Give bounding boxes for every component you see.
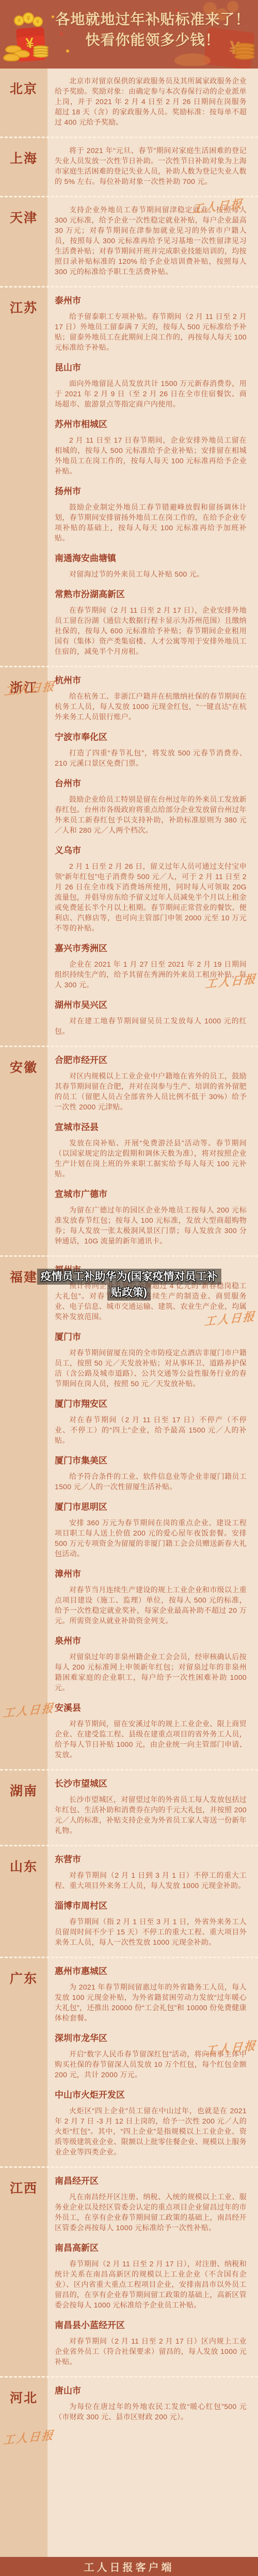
city-item: 杭州市给在杭务工、非浙江户籍并在杭缴纳社保的春节期间在杭务工人员，每人发放 10…: [55, 675, 247, 722]
city-item: 昆山市面向外地留昆人员发放共计 1500 万元新春消费券，用于 2021 年 2…: [55, 362, 247, 409]
city-item: 常熟市汾湖高新区在春节期间（2 月 11 日至 2 月 17 日），企业安排外地…: [55, 588, 247, 656]
province-section: 河北唐山市为每位在唐过年的外地农民工发放“暖心红包”500 元（市财政 300 …: [0, 2378, 258, 2431]
province-label: 北京: [0, 69, 47, 137]
gold-coin-icon: [23, 12, 34, 24]
city-item: 南昌县小蓝经开区对春节期间（2 月 11 日至 2 月 17 日）区内规上工业企…: [55, 2319, 247, 2367]
city-item: 将于 2021 年“元旦、春节”期间对家庭生活困难的登记失业人员发放一次性节日补…: [55, 145, 247, 187]
city-item: 安溪县对春节期间，留在安溪过年的规上工业企业、限上商贸企业、在建受监工程、县级在…: [55, 1702, 247, 1760]
city-item: 南通海安曲塘镇对留海过节的外来员工每人补贴 500 元。: [55, 552, 247, 579]
city-heading: 杭州市: [55, 675, 247, 686]
city-item: 厦门市翔安区对在春节期间（2 月 11 日至 17 日）不停产（不停业、不停工）…: [55, 1398, 247, 1445]
policy-paragraph: 对在建工地春节期间留吴员工发放每人 1000 元的红包。: [55, 1016, 247, 1036]
province-section: 江苏泰州市给予留泰职工专项补贴。春节期间（2 月 11 日至 2 月 17 日）…: [0, 288, 258, 666]
policy-paragraph: 企业在 2021 年 1 月 27 日至 2021 年 2 月 19 日期间组织…: [55, 959, 247, 990]
policy-paragraph: 为 2021 年春节期间留惠过年的外省籍务工人员，每人发放 100 元现金补贴，…: [55, 1982, 247, 2023]
province-label: 上海: [0, 138, 47, 196]
city-heading: 唐山市: [55, 2385, 247, 2397]
province-label: 江西: [0, 2168, 47, 2376]
content: 北京北京市对留京保供的家政服务员及其所属家政服务企业给予奖励。奖励对象：由确定参…: [0, 69, 258, 2557]
province-body: 将于 2021 年“元旦、春节”期间对家庭生活困难的登记失业人员发放一次性节日补…: [47, 138, 258, 196]
province-body: 唐山市为每位在唐过年的外地农民工发放“暖心红包”500 元（市财政 300 元、…: [47, 2378, 258, 2431]
city-item: 厦门市集美区给予符合条件的工业、软件信息业等企业非厦门籍员工 1500 元／人的…: [55, 1455, 247, 1492]
city-heading: 宣城市泾县: [55, 1121, 247, 1133]
city-heading: 嘉兴市秀洲区: [55, 942, 247, 954]
province-label: 福建: [0, 1257, 47, 1769]
province-body: 长沙市望城区长沙市望城区，对留望过年的外省员工每人发放包括过年红包、生活补助和消…: [47, 1771, 258, 1845]
province-label: 湖南: [0, 1771, 47, 1845]
footer-bar: 工人日报客户端: [0, 2557, 258, 2576]
city-heading: 扬州市: [55, 485, 247, 497]
city-heading: 南通海安曲塘镇: [55, 552, 247, 564]
policy-paragraph: 北京市对留京保供的家政服务员及其所属家政服务企业给予奖励。奖励对象：由确定参与本…: [55, 76, 247, 127]
city-item: 长沙市望城区长沙市望城区，对留望过年的外省员工每人发放包括过年红包、生活补助和消…: [55, 1778, 247, 1836]
city-item: 福州市预计将向企业发放总金额超过 4 亿元的“新春稳岗稳工大礼包”。对春节期间保…: [55, 1264, 247, 1322]
city-heading: 泰州市: [55, 295, 247, 307]
policy-paragraph: 为留在广德过年的园区企业外地员工按每人 200 元标准发放春节红包；按每人 10…: [55, 1205, 247, 1246]
gold-coin-icon: [33, 16, 43, 27]
province-body: 支持企业外地员工春节期间留津稳定就业。按照每人 300 元标准，给予企业一次性稳…: [47, 197, 258, 286]
province-body: 北京市对留京保供的家政服务员及其所属家政服务企业给予奖励。奖励对象：由确定参与本…: [47, 69, 258, 137]
city-item: 泰州市给予留泰职工专项补贴。春节期间（2 月 11 日至 2 月 17 日）外地…: [55, 295, 247, 352]
city-heading: 惠州市惠城区: [55, 1965, 247, 1977]
policy-paragraph: 对春节期间（2 月 11 日至 2 月 17 日）区内规上工业企业省外员工（符合…: [55, 2336, 247, 2367]
city-heading: 东营市: [55, 1854, 247, 1865]
province-section: 天津支持企业外地员工春节期间留津稳定就业。按照每人 300 元标准，给予企业一次…: [0, 197, 258, 286]
policy-paragraph: 凡在南昌经开区注册、纳税、入统的规模以上工业、服务业企业以及经区管委会认定的重点…: [55, 2192, 247, 2233]
city-item: 中山市火炬开发区火炬区“四上企业”员工留在中山过年，也就是在 2021 年 2 …: [55, 2089, 247, 2157]
city-item: 淄博市周村区春节期间（指 2 月 1 日至 3 月 1 日，外省外来务工人员留周…: [55, 1900, 247, 1947]
province-body: 福州市预计将向企业发放总金额超过 4 亿元的“新春稳岗稳工大礼包”。对春节期间保…: [47, 1257, 258, 1769]
province-label: 浙江: [0, 667, 47, 1046]
city-heading: 南昌县小蓝经开区: [55, 2319, 247, 2331]
policy-paragraph: 安排 360 万元为春节期间在岗的重点企业、建设工程项目职工每人送上价值 200…: [55, 1518, 247, 1559]
gold-ingot-icon: [13, 50, 30, 58]
city-item: 厦门市思明区安排 360 万元为春节期间在岗的重点企业、建设工程项目职工每人送上…: [55, 1501, 247, 1559]
city-heading: 泉州市: [55, 1635, 247, 1647]
province-body: 泰州市给予留泰职工专项补贴。春节期间（2 月 11 日至 2 月 17 日）外地…: [47, 288, 258, 666]
policy-paragraph: 给予留泰职工专项补贴。春节期间（2 月 11 日至 2 月 17 日）外地员工留…: [55, 311, 247, 352]
city-heading: 厦门市翔安区: [55, 1398, 247, 1410]
policy-paragraph: 支持企业外地员工春节期间留津稳定就业。按照每人 300 元标准，给予企业一次性稳…: [55, 205, 247, 277]
red-envelope-icon: [16, 27, 46, 62]
policy-paragraph: 2 月 1 日至 2 月 26 日，留义过年人员可通过支付宝申领“新年红包”电子…: [55, 861, 247, 933]
province-section: 福建福州市预计将向企业发放总金额超过 4 亿元的“新春稳岗稳工大礼包”。对春节期…: [0, 1257, 258, 1769]
province-body: 杭州市给在杭务工、非浙江户籍并在杭缴纳社保的春节期间在杭务工人员，每人发放 10…: [47, 667, 258, 1046]
city-item: 泉州市对留泉过年的非泉州籍企业工会会员，经审核确认后按每人 200 元标准网上申…: [55, 1635, 247, 1693]
policy-paragraph: 春节期间（指 2 月 1 日至 3 月 1 日，外省外来务工人员留周时间不少于 …: [55, 1916, 247, 1947]
policy-paragraph: 对春节期间留厦在岗的全市防疫定点酒店非厦门市户籍员工，按照 50 元／天发放补贴…: [55, 1348, 247, 1389]
city-item: 南昌经开区凡在南昌经开区注册、纳税、入统的规模以上工业、服务业企业以及经区管委会…: [55, 2175, 247, 2233]
city-heading: 淄博市周村区: [55, 1900, 247, 1912]
policy-paragraph: 鼓励企业给员工特别是留在台州过年的外来员工发放新春红包。台州市各级政府将重点给部…: [55, 794, 247, 835]
gold-ingot-icon: [3, 54, 20, 61]
province-body: 东营市对春节期间（2 月 1 日到 3 月 1 日）不停工的重大工程、重大项目外…: [47, 1846, 258, 1957]
city-item: 支持企业外地员工春节期间留津稳定就业。按照每人 300 元标准，给予企业一次性稳…: [55, 205, 247, 277]
city-item: 东营市对春节期间（2 月 1 日到 3 月 1 日）不停工的重大工程、重大项目外…: [55, 1854, 247, 1891]
city-heading: 台州市: [55, 778, 247, 789]
policy-paragraph: 2 月 11 日至 17 日春节期间，企业安排外地员工留在相城的，按每人 500…: [55, 435, 247, 476]
city-item: 湖州市吴兴区对在建工地春节期间留吴员工发放每人 1000 元的红包。: [55, 999, 247, 1036]
city-item: 漳州市对春节当月连续生产建设的规上工业企业和市级以上重点项目建设（施工、监理）单…: [55, 1568, 247, 1626]
province-section: 江西南昌经开区凡在南昌经开区注册、纳税、入统的规模以上工业、服务业企业以及经区管…: [0, 2168, 258, 2376]
province-label: 山东: [0, 1846, 47, 1957]
city-heading: 长沙市望城区: [55, 1778, 247, 1790]
province-section: 北京北京市对留京保供的家政服务员及其所属家政服务企业给予奖励。奖励对象：由确定参…: [0, 69, 258, 137]
policy-paragraph: 打造了四重“春节礼包”，将发放 500 元春节消费券、210 元溪口景区免费门票…: [55, 748, 247, 768]
policy-paragraph: 春节期间（2 月 11 日至 2 月 17 日），对注册、纳税和统计关系在南昌高…: [55, 2259, 247, 2310]
footer-label: 工人日报客户端: [84, 2559, 174, 2574]
policy-paragraph: 给在杭务工、非浙江户籍并在杭缴纳社保的春节期间在杭务工人员，每人发放 1000 …: [55, 691, 247, 722]
city-heading: 常熟市汾湖高新区: [55, 588, 247, 600]
city-item: 唐山市为每位在唐过年的外地农民工发放“暖心红包”500 元（市财政 300 元、…: [55, 2385, 247, 2422]
city-heading: 合肥市经开区: [55, 1054, 247, 1066]
province-section: 山东东营市对春节期间（2 月 1 日到 3 月 1 日）不停工的重大工程、重大项…: [0, 1846, 258, 1957]
city-heading: 南昌经开区: [55, 2175, 247, 2187]
policy-paragraph: 为每位在唐过年的外地农民工发放“暖心红包”500 元（市财政 300 元、县市区…: [55, 2401, 247, 2422]
city-heading: 苏州市相城区: [55, 418, 247, 430]
policy-paragraph: 对在春节期间（2 月 11 日至 17 日）不停产（不停业、不停工）的“四上”企…: [55, 1415, 247, 1445]
city-item: 台州市鼓励企业给员工特别是留在台州过年的外来员工发放新春红包。台州市各级政府将重…: [55, 778, 247, 835]
policy-paragraph: 鼓励企业制定外地员工春节错避峰放假和留扬调休计划，春节期间安排留扬外地员工在岗工…: [55, 502, 247, 543]
policy-paragraph: 将于 2021 年“元旦、春节”期间对家庭生活困难的登记失业人员发放一次性节日补…: [55, 145, 247, 187]
yuan-symbol-icon: ¥: [25, 35, 35, 52]
province-section: 广东惠州市惠城区为 2021 年春节期间留惠过年的外省籍务工人员，每人发放 10…: [0, 1958, 258, 2166]
header-banner: ¥ ¥ + ● 各地就地过年补贴标准来了！ 快看你能领多少钱！: [0, 0, 258, 69]
city-item: 宁波市奉化区打造了四重“春节礼包”，将发放 500 元春节消费券、210 元溪口…: [55, 731, 247, 768]
page-title: 各地就地过年补贴标准来了！ 快看你能领多少钱！: [51, 9, 255, 50]
city-heading: 宣城市广德市: [55, 1188, 247, 1200]
policy-paragraph: 火炬区“四上企业”员工留在中山过年，也就是在 2021 年 2 月 7 日 -3…: [55, 2106, 247, 2157]
city-item: 宣城市泾县发放在岗补贴、开展“免费游泾县”活动等。春节期间（以国家规定的法定假期…: [55, 1121, 247, 1179]
city-item: 义乌市2 月 1 日至 2 月 26 日，留义过年人员可通过支付宝申领“新年红包…: [55, 845, 247, 933]
gold-ingot-icon: [5, 45, 22, 53]
policy-paragraph: 长沙市望城区，对留望过年的外省员工每人发放包括过年红包、生活补助和消费券在内的千…: [55, 1794, 247, 1836]
province-label: 安徽: [0, 1047, 47, 1255]
page-title-line2: 快看你能领多少钱！: [51, 30, 255, 50]
coin-stack-icon: [33, 47, 49, 58]
city-item: 合肥市经开区对区内规模以上工业企业中户籍地在省外的员工，鼓励其春节期间留在合肥，…: [55, 1054, 247, 1112]
policy-paragraph: 对春节当月连续生产建设的规上工业企业和市级以上重点项目建设（施工、监理）单位，按…: [55, 1585, 247, 1626]
city-heading: 厦门市集美区: [55, 1455, 247, 1467]
province-section: 安徽合肥市经开区对区内规模以上工业企业中户籍地在省外的员工，鼓励其春节期间留在合…: [0, 1047, 258, 1255]
page-title-line1: 各地就地过年补贴标准来了！: [51, 9, 255, 30]
city-heading: 中山市火炬开发区: [55, 2089, 247, 2101]
policy-paragraph: 对春节期间，留在安溪过年的规上工业企业、限上商贸企业、在建受监工程、县级在建重点…: [55, 1719, 247, 1760]
city-item: 惠州市惠城区为 2021 年春节期间留惠过年的外省籍务工人员，每人发放 100 …: [55, 1965, 247, 2023]
policy-paragraph: 面向外地留昆人员发放共计 1500 万元新春消费券，用于 2021 年 2 月 …: [55, 378, 247, 409]
province-section: 湖南长沙市望城区长沙市望城区，对留望过年的外省员工每人发放包括过年红包、生活补助…: [0, 1771, 258, 1845]
province-body: 南昌经开区凡在南昌经开区注册、纳税、入统的规模以上工业、服务业企业以及经区管委会…: [47, 2168, 258, 2376]
city-heading: 深圳市龙华区: [55, 2032, 247, 2044]
policy-paragraph: 发放在岗补贴、开展“免费游泾县”活动等。春节期间（以国家规定的法定假期和调休天数…: [55, 1138, 247, 1179]
city-item: 厦门市对春节期间留厦在岗的全市防疫定点酒店非厦门市户籍员工，按照 50 元／天发…: [55, 1331, 247, 1389]
city-item: 苏州市相城区2 月 11 日至 17 日春节期间，企业安排外地员工留在相城的，按…: [55, 418, 247, 476]
province-label: 江苏: [0, 288, 47, 666]
city-item: 深圳市龙华区开启“数字人民币春节留深红包”活动，将向商事主体中购买社保的春节留深…: [55, 2032, 247, 2080]
policy-paragraph: 开启“数字人民币春节留深红包”活动，将向商事主体中购买社保的春节留深人员发放 1…: [55, 2049, 247, 2080]
policy-paragraph: 对留泉过年的非泉州籍企业工会会员，经审核确认后按每人 200 元标准网上申领新年…: [55, 1652, 247, 1693]
city-heading: 漳州市: [55, 1568, 247, 1580]
policy-paragraph: 对区内规模以上工业企业中户籍地在省外的员工，鼓励其春节期间留在合肥，并对在岗参与…: [55, 1071, 247, 1112]
policy-paragraph: 给予符合条件的工业、软件信息业等企业非厦门籍员工 1500 元／人的一次性留厦生…: [55, 1471, 247, 1492]
city-heading: 安溪县: [55, 1702, 247, 1714]
city-heading: 厦门市: [55, 1331, 247, 1343]
city-heading: 义乌市: [55, 845, 247, 856]
city-item: 扬州市鼓励企业制定外地员工春节错避峰放假和留扬调休计划，春节期间安排留扬外地员工…: [55, 485, 247, 543]
province-body: 合肥市经开区对区内规模以上工业企业中户籍地在省外的员工，鼓励其春节期间留在合肥，…: [47, 1047, 258, 1255]
city-heading: 福州市: [55, 1264, 247, 1276]
city-item: 宣城市广德市为留在广德过年的园区企业外地员工按每人 200 元标准发放春节红包；…: [55, 1188, 247, 1246]
province-label: 河北: [0, 2378, 47, 2431]
policy-paragraph: 对春节期间（2 月 1 日到 3 月 1 日）不停工的重大工程、重大项目外来务工…: [55, 1870, 247, 1891]
city-heading: 湖州市吴兴区: [55, 999, 247, 1011]
city-heading: 南昌高新区: [55, 2242, 247, 2254]
infographic-page: ¥ ¥ + ● 各地就地过年补贴标准来了！ 快看你能领多少钱！ 北京北京市对留京…: [0, 0, 258, 2576]
policy-paragraph: 对留海过节的外来员工每人补贴 500 元。: [55, 569, 247, 579]
policy-paragraph: 预计将向企业发放总金额超过 4 亿元的“新春稳岗稳工大礼包”。对春节期间保持连续…: [55, 1281, 247, 1322]
policy-paragraph: 在春节期间（2 月 11 日至 2 月 17 日），企业安排外地员工留在汾湖（通…: [55, 605, 247, 656]
city-heading: 宁波市奉化区: [55, 731, 247, 743]
province-label: 天津: [0, 197, 47, 286]
province-body: 惠州市惠城区为 2021 年春节期间留惠过年的外省籍务工人员，每人发放 100 …: [47, 1958, 258, 2166]
faded-gold-ingot-icon: [174, 54, 211, 66]
province-section: 浙江杭州市给在杭务工、非浙江户籍并在杭缴纳社保的春节期间在杭务工人员，每人发放 …: [0, 667, 258, 1046]
city-item: 嘉兴市秀洲区企业在 2021 年 1 月 27 日至 2021 年 2 月 19…: [55, 942, 247, 990]
city-item: 南昌高新区春节期间（2 月 11 日至 2 月 17 日），对注册、纳税和统计关…: [55, 2242, 247, 2310]
city-item: 北京市对留京保供的家政服务员及其所属家政服务企业给予奖励。奖励对象：由确定参与本…: [55, 76, 247, 127]
province-label: 广东: [0, 1958, 47, 2166]
gold-coin-icon: [14, 15, 24, 26]
province-section: 上海将于 2021 年“元旦、春节”期间对家庭生活困难的登记失业人员发放一次性节…: [0, 138, 258, 196]
city-heading: 昆山市: [55, 362, 247, 374]
city-heading: 厦门市思明区: [55, 1501, 247, 1513]
